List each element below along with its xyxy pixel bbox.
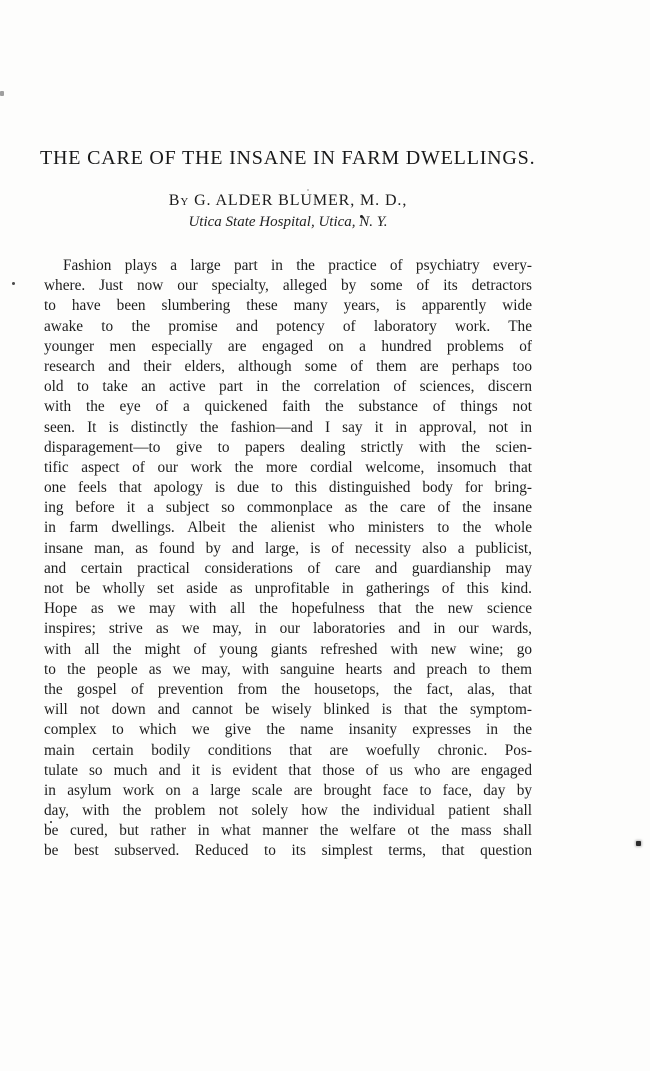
scan-speck-right-margin: [636, 841, 641, 846]
text-line: will not down and cannot be wisely blink…: [44, 700, 532, 720]
text-line: awake to the promise and potency of labo…: [44, 317, 532, 337]
article-title: THE CARE OF THE INSANE IN FARM DWELLINGS…: [40, 147, 532, 170]
text-line: tific aspect of our work the more cordia…: [44, 458, 532, 478]
scan-speck-above-n: [360, 215, 363, 218]
text-line: not be wholly set aside as unprofitable …: [44, 579, 532, 599]
text-line: one feels that apology is due to this di…: [44, 478, 532, 498]
author-affiliation: Utica State Hospital, Utica, N. Y.: [44, 214, 532, 231]
text-line: seen. It is distinctly the fashion—and I…: [44, 418, 532, 438]
text-line: Fashion plays a large part in the practi…: [44, 256, 532, 276]
text-line: tulate so much and it is evident that th…: [44, 761, 532, 781]
scan-speck-above-m: [307, 189, 309, 191]
text-line: day, with the problem not solely how the…: [44, 801, 532, 821]
text-line: research and their elders, although some…: [44, 357, 532, 377]
text-line: insane man, as found by and large, is of…: [44, 539, 532, 559]
author-byline: By G. ALDER BLUMER, M. D.,: [44, 192, 532, 210]
text-line: where. Just now our specialty, alleged b…: [44, 276, 532, 296]
text-line: Hope as we may with all the hopefulness …: [44, 599, 532, 619]
scan-speck-left-edge: [0, 91, 4, 96]
scanned-page: THE CARE OF THE INSANE IN FARM DWELLINGS…: [0, 0, 650, 1071]
text-line: in asylum work on a large scale are brou…: [44, 781, 532, 801]
text-line: with the eye of a quickened faith the su…: [44, 397, 532, 417]
text-line: with all the might of young giants refre…: [44, 640, 532, 660]
text-line: old to take an active part in the correl…: [44, 377, 532, 397]
text-line: main certain bodily conditions that are …: [44, 741, 532, 761]
text-line: and certain practical considerations of …: [44, 559, 532, 579]
scan-speck-above-be: [50, 821, 52, 823]
text-line: be best subserved. Reduced to its simple…: [44, 841, 532, 861]
body-text: Fashion plays a large part in the practi…: [44, 256, 532, 862]
text-line: be cured, but rather in what manner the …: [44, 821, 532, 841]
text-line: in farm dwellings. Albeit the alienist w…: [44, 518, 532, 538]
text-line: disparagement—to give to papers dealing …: [44, 438, 532, 458]
text-line: younger men especially are engaged on a …: [44, 337, 532, 357]
scan-speck-left-margin: [12, 282, 15, 285]
text-line: to have been slumbering these many years…: [44, 296, 532, 316]
text-line: the gospel of prevention from the houset…: [44, 680, 532, 700]
text-line: inspires; strive as we may, in our labor…: [44, 619, 532, 639]
text-line: ing before it a subject so commonplace a…: [44, 498, 532, 518]
text-line: complex to which we give the name insani…: [44, 720, 532, 740]
text-line: to the people as we may, with sanguine h…: [44, 660, 532, 680]
